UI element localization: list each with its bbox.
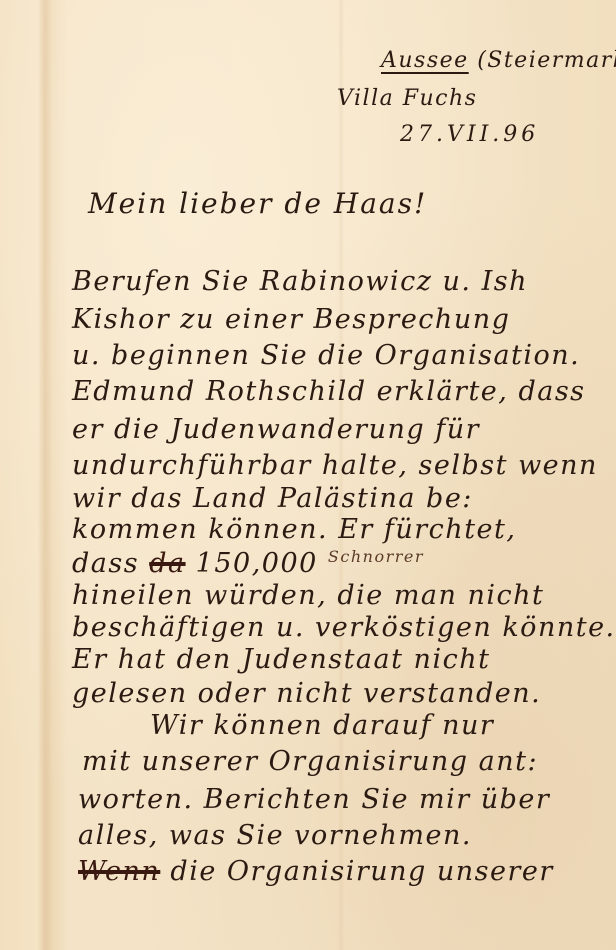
body-line-9: dass da 150,000 Schnorrer <box>72 550 424 577</box>
body-line-1: Berufen Sie Rabinowicz u. Ish <box>72 268 528 295</box>
body-line-5: er die Judenwanderung für <box>72 416 480 443</box>
body-line-15: mit unserer Organisirung ant: <box>82 748 538 775</box>
letter-place: Aussee (Steiermark) <box>381 50 616 72</box>
body-line-17: alles, was Sie vornehmen. <box>78 822 472 849</box>
letter-salutation: Mein lieber de Haas! <box>88 190 427 218</box>
letter-address: Villa Fuchs <box>337 88 477 110</box>
body-line-16: worten. Berichten Sie mir über <box>78 786 550 813</box>
word-dass: dass <box>72 548 139 579</box>
body-line-6: undurchführbar halte, selbst wenn <box>72 452 598 479</box>
body-line-12: Er hat den Judenstaat nicht <box>72 646 490 673</box>
body-line-3: u. beginnen Sie die Organisation. <box>72 342 580 369</box>
struck-word: da <box>149 548 185 579</box>
letter-date: 27.VII.96 <box>400 124 539 146</box>
word-schnorrer: Schnorrer <box>328 547 424 566</box>
body-line-13: gelesen oder nicht verstanden. <box>72 680 541 707</box>
place-main: Aussee <box>381 48 469 73</box>
body-line-2: Kishor zu einer Besprechung <box>72 306 510 333</box>
body-line-14: Wir können darauf nur <box>150 712 494 739</box>
place-region: (Steiermark) <box>477 48 616 73</box>
body-line-10: hineilen würden, die man nicht <box>72 582 544 609</box>
body-line-7: wir das Land Palästina be: <box>72 485 473 512</box>
body-line-4: Edmund Rothschild erklärte, dass <box>72 378 586 405</box>
body-line-8: kommen können. Er fürchtet, <box>72 516 516 543</box>
letter-page: Aussee (Steiermark) Villa Fuchs 27.VII.9… <box>0 0 616 950</box>
body-line-11: beschäftigen u. verköstigen könnte. <box>72 614 616 641</box>
number-150000: 150,000 <box>196 548 318 579</box>
struck-word: Wenn <box>78 856 160 887</box>
paper-fold-mark <box>38 0 52 950</box>
line-text: die Organisirung unserer <box>170 856 553 887</box>
body-line-18: Wenn die Organisirung unserer <box>78 858 554 885</box>
